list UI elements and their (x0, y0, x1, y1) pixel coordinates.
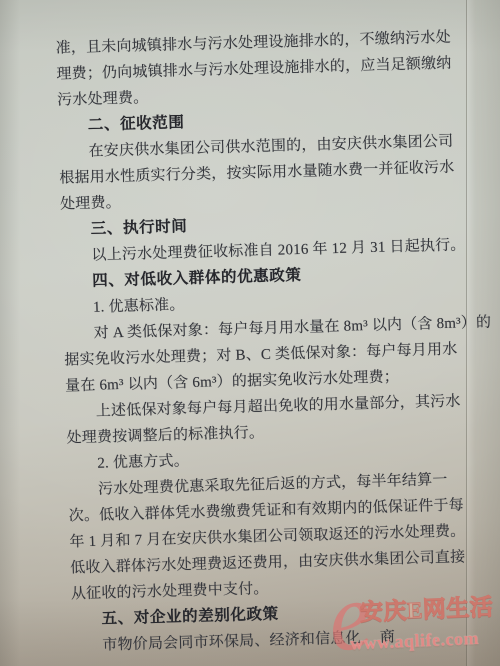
document-text-block: 准，且未向城镇排水与污水处理设施排水的，不缴纳污水处理费；仍向城镇排水与污水处理… (55, 25, 472, 660)
doc-line-text: 三、执行时间 (91, 218, 188, 238)
doc-line-text: 二、征收范围 (88, 114, 185, 134)
doc-line-text: 以上污水处理费征收标准自 2016 年 12 月 31 日起执行。 (91, 237, 465, 263)
doc-line-text: 处理费。 (60, 195, 121, 213)
doc-line-text: 2. 优惠方式。 (97, 453, 189, 472)
doc-line-text: 从征收的污水处理费中支付。 (71, 581, 269, 603)
doc-line-text: 污水处理费。 (57, 90, 149, 109)
doc-line-text: 市物价局会同市环保局、经济和信息化 商 (102, 629, 395, 653)
doc-line-text: 五、对企业的差别化政策 (101, 606, 279, 628)
doc-line-text: 1. 优惠标准。 (93, 297, 185, 316)
doc-line-text: 四、对低收入群体的优惠政策 (92, 267, 302, 290)
doc-line-text: 处理费按调整后的标准执行。 (66, 425, 264, 447)
doc-line-text: 上述低保对象每户每月超出免收的用水量部分，其污水 (96, 394, 461, 420)
